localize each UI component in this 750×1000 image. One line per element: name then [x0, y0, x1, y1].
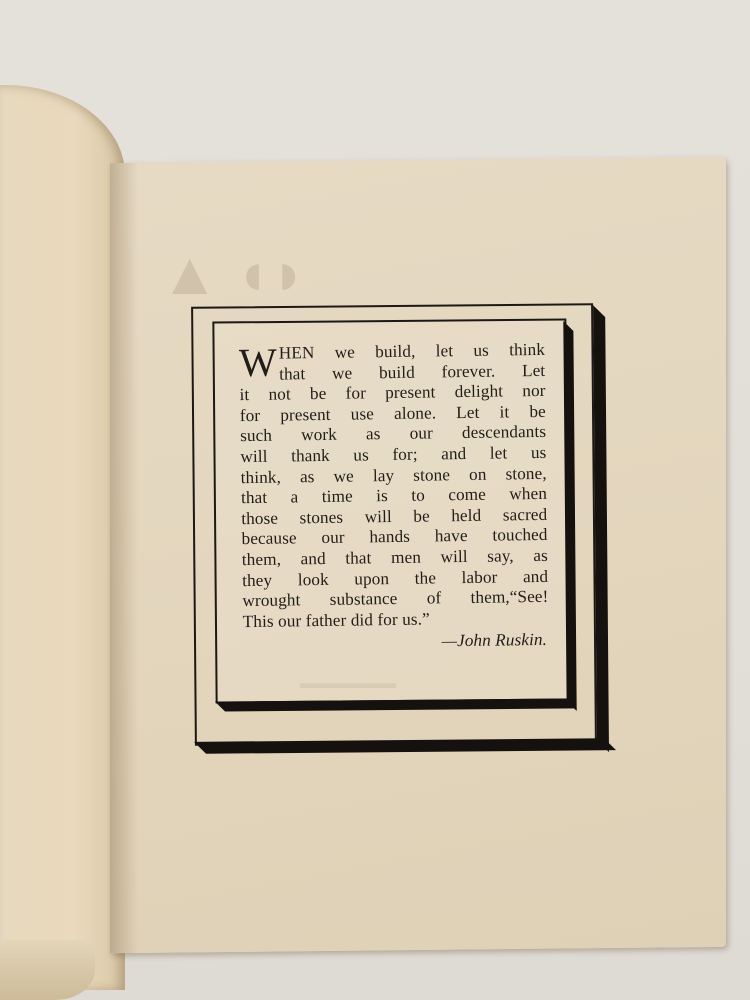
left-page-edge — [0, 940, 95, 1000]
photo-scene: ▲ ◖◗ ▬▬▬▬▬▬ W HEN we build, let us think… — [0, 0, 750, 1000]
quote-attribution: —John Ruskin. — [243, 630, 549, 655]
quotation: W HEN we build, let us think that we bui… — [239, 340, 549, 655]
quote-line: wrought substance of them,“See! — [242, 587, 548, 612]
left-page — [0, 85, 125, 990]
quote-line: This our father did for us.” — [243, 608, 549, 633]
bleed-through-mark: ▲ ◖◗ — [160, 240, 307, 309]
drop-cap: W — [239, 346, 277, 381]
gutter-shadow — [110, 163, 138, 953]
